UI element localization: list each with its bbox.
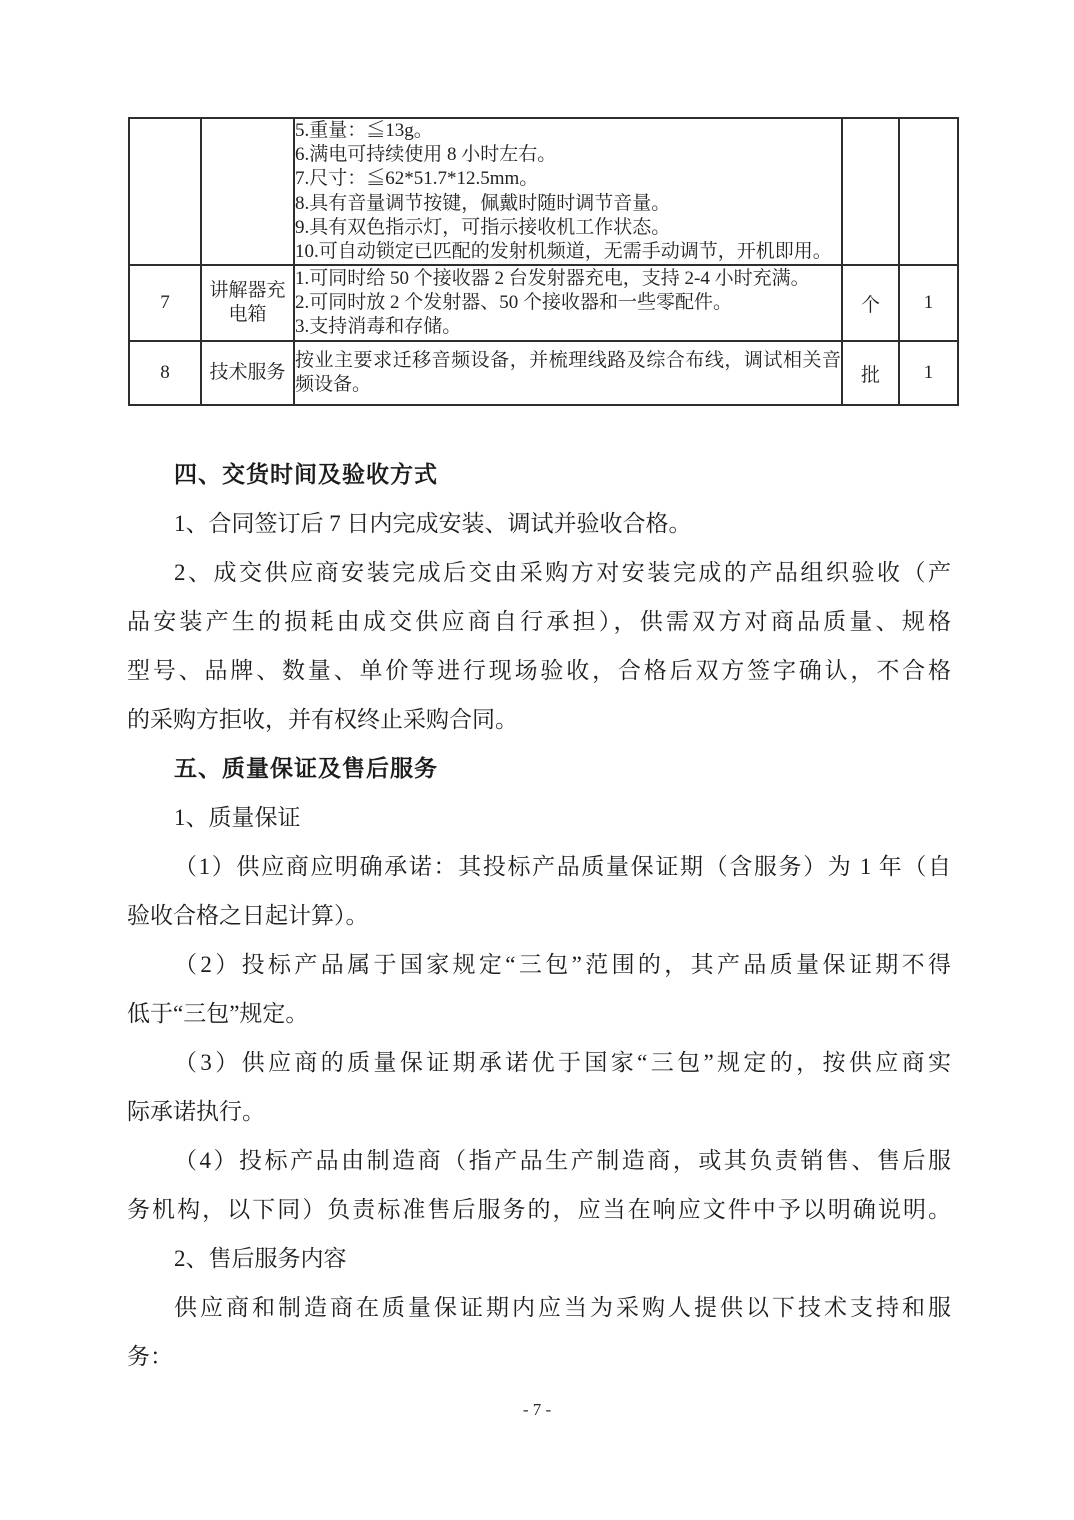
spec-line: 8.具有音量调节按键，佩戴时随时调节音量。 (295, 192, 841, 216)
document-page: 5.重量：≦13g。 6.满电可持续使用 8 小时左右。 7.尺寸：≦62*51… (0, 0, 1074, 1520)
spec-line: 7.尺寸：≦62*51.7*12.5mm。 (295, 167, 841, 191)
spec-line: 9.具有双色指示灯，可指示接收机工作状态。 (295, 216, 841, 240)
body-line: 型号、品牌、数量、单价等进行现场验收，合格后双方签字确认，不合格 (127, 646, 951, 695)
spec-line: 5.重量：≦13g。 (295, 119, 841, 143)
body-line: 供应商和制造商在质量保证期内应当为采购人提供以下技术支持和服 (127, 1283, 951, 1332)
section-heading-4: 四、交货时间及验收方式 (127, 450, 951, 499)
row-number-cell: 8 (129, 341, 201, 405)
body-line: 验收合格之日起计算）。 (127, 891, 951, 940)
table-row-8: 8 技术服务 按业主要求迁移音频设备，并梳理线路及综合布线，调试相关音频设备。 … (129, 341, 958, 405)
table-row-continuation: 5.重量：≦13g。 6.满电可持续使用 8 小时左右。 7.尺寸：≦62*51… (129, 118, 958, 265)
body-line: 1、质量保证 (127, 793, 951, 842)
spec-cell: 5.重量：≦13g。 6.满电可持续使用 8 小时左右。 7.尺寸：≦62*51… (294, 118, 842, 265)
body-line: （3）供应商的质量保证期承诺优于国家“三包”规定的，按供应商实 (127, 1038, 951, 1087)
body-line: （4）投标产品由制造商（指产品生产制造商，或其负责销售、售后服 (127, 1136, 951, 1185)
body-line: 际承诺执行。 (127, 1087, 951, 1136)
spec-line: 1.可同时给 50 个接收器 2 台发射器充电，支持 2-4 小时充满。 (295, 267, 841, 291)
spec-line: 2.可同时放 2 个发射器、50 个接收器和一些零配件。 (295, 291, 841, 315)
quantity-cell: 1 (899, 341, 958, 405)
body-line: 务机构，以下同）负责标准售后服务的，应当在响应文件中予以明确说明。 (127, 1185, 951, 1234)
unit-cell: 个 (842, 265, 899, 341)
row-number-cell (129, 118, 201, 265)
item-name-cell: 技术服务 (201, 341, 294, 405)
spec-table: 5.重量：≦13g。 6.满电可持续使用 8 小时左右。 7.尺寸：≦62*51… (128, 117, 959, 406)
page-number: - 7 - (0, 1398, 1074, 1422)
quantity-cell (899, 118, 958, 265)
body-line: 低于“三包”规定。 (127, 989, 951, 1038)
body-line: 2、售后服务内容 (127, 1234, 951, 1283)
item-name-cell: 讲解器充电箱 (201, 265, 294, 341)
body-text: 四、交货时间及验收方式 1、合同签订后 7 日内完成安装、调试并验收合格。 2、… (127, 450, 951, 1381)
table-row-7: 7 讲解器充电箱 1.可同时给 50 个接收器 2 台发射器充电，支持 2-4 … (129, 265, 958, 341)
item-name-cell (201, 118, 294, 265)
section-heading-5: 五、质量保证及售后服务 (127, 744, 951, 793)
unit-cell (842, 118, 899, 265)
body-line: （2）投标产品属于国家规定“三包”范围的，其产品质量保证期不得 (127, 940, 951, 989)
unit-cell: 批 (842, 341, 899, 405)
body-line: 2、成交供应商安装完成后交由采购方对安装完成的产品组织验收（产 (127, 548, 951, 597)
body-line: 1、合同签订后 7 日内完成安装、调试并验收合格。 (127, 499, 951, 548)
body-line: （1）供应商应明确承诺：其投标产品质量保证期（含服务）为 1 年（自 (127, 842, 951, 891)
spec-line: 3.支持消毒和存储。 (295, 315, 841, 339)
row-number-cell: 7 (129, 265, 201, 341)
body-line: 务： (127, 1332, 951, 1381)
quantity-cell: 1 (899, 265, 958, 341)
spec-line: 按业主要求迁移音频设备，并梳理线路及综合布线，调试相关音频设备。 (295, 349, 841, 397)
spec-cell: 按业主要求迁移音频设备，并梳理线路及综合布线，调试相关音频设备。 (294, 341, 842, 405)
spec-line: 6.满电可持续使用 8 小时左右。 (295, 143, 841, 167)
spec-cell: 1.可同时给 50 个接收器 2 台发射器充电，支持 2-4 小时充满。 2.可… (294, 265, 842, 341)
spec-line: 10.可自动锁定已匹配的发射机频道，无需手动调节，开机即用。 (295, 240, 841, 264)
body-line: 品安装产生的损耗由成交供应商自行承担），供需双方对商品质量、规格 (127, 597, 951, 646)
body-line: 的采购方拒收，并有权终止采购合同。 (127, 695, 951, 744)
